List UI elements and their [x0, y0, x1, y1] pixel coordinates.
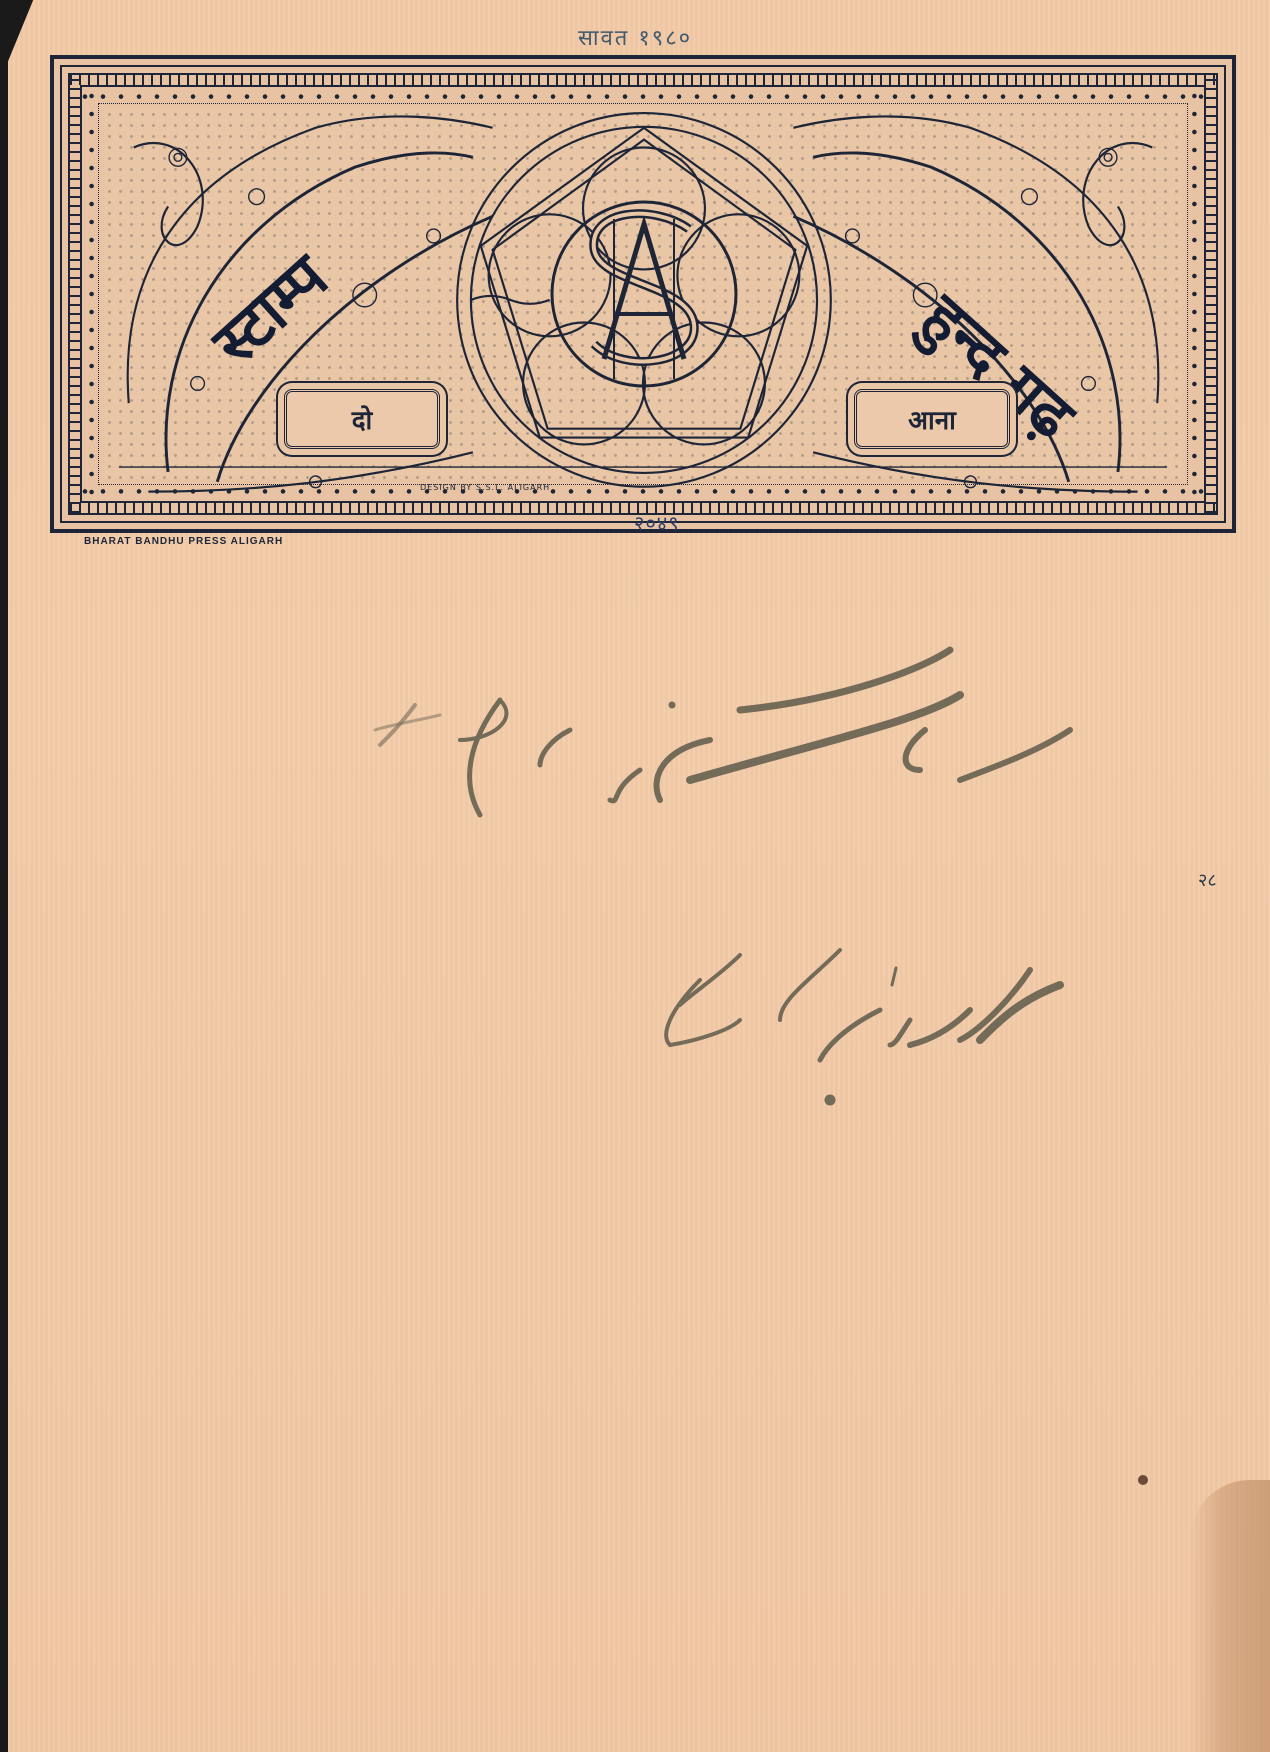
water-stain [1190, 1480, 1270, 1752]
value-right-text: आना [908, 401, 956, 437]
revenue-stamp: स्टाम्प हुन्द गढ़ दो आना २०४९ [50, 55, 1236, 533]
ink-spot [1138, 1475, 1148, 1485]
serial-number: २०४९ [634, 509, 680, 536]
designer-credit: DESIGN BY S.S.L. ALIGARH [420, 483, 550, 492]
press-imprint: BHARAT BANDHU PRESS ALIGARH [84, 536, 283, 547]
value-left-text: दो [352, 401, 373, 437]
stamp-value-right: आना [854, 389, 1010, 449]
handwritten-line-1 [360, 630, 1080, 830]
stamp-value-left: दो [284, 389, 440, 449]
handwritten-line-2 [640, 940, 1080, 1120]
margin-note: २८ [1198, 868, 1217, 892]
header-annotation: सावत १९८० [578, 22, 692, 52]
ss-monogram-icon [494, 109, 794, 454]
